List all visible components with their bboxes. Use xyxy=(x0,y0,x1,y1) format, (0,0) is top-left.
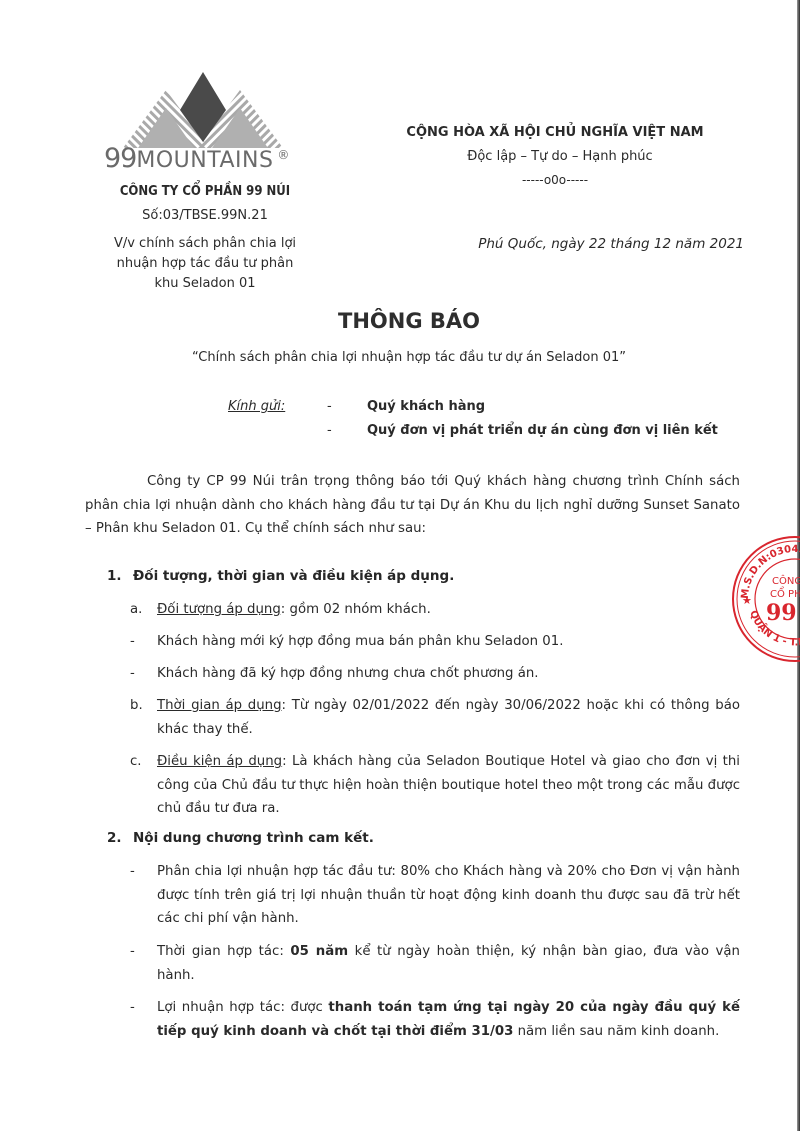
document-subject: V/v chính sách phân chia lợi nhuận hợp t… xyxy=(95,234,315,294)
section-heading-text: Đối tượng, thời gian và điều kiện áp dụn… xyxy=(133,568,454,584)
recipients-label: Kính gửi: xyxy=(228,399,285,414)
company-name: CÔNG TY CỔ PHẦN 99 NÚI xyxy=(90,184,320,199)
dash-bullet: - xyxy=(130,662,156,686)
list-item: - Khách hàng đã ký hợp đồng nhưng chưa c… xyxy=(130,662,740,686)
section-heading-text: Nội dung chương trình cam kết. xyxy=(133,830,374,846)
item-label: Điều kiện áp dụng xyxy=(157,754,282,769)
document-number: Số:03/TBSE.99N.21 xyxy=(90,208,320,223)
item-text: Khách hàng đã ký hợp đồng nhưng chưa chố… xyxy=(157,662,740,686)
company-seal-stamp-icon: M.S.D.N:030433 QUẬN 1 - T.P H ★ CÔNG CỔ … xyxy=(730,534,800,664)
dash-bullet: - xyxy=(130,996,156,1020)
item-text: : gồm 02 nhóm khách. xyxy=(281,602,431,617)
brand-wordmark: 99MOUNTAINS® xyxy=(104,143,290,174)
list-item: - Thời gian hợp tác: 05 năm kể từ ngày h… xyxy=(130,940,740,987)
section-heading: 2.Nội dung chương trình cam kết. xyxy=(107,830,374,846)
section-heading: 1.Đối tượng, thời gian và điều kiện áp d… xyxy=(107,568,454,584)
recipient-text: Quý đơn vị phát triển dự án cùng đơn vị … xyxy=(367,423,718,438)
dash-bullet: - xyxy=(130,940,156,964)
item-label: Đối tượng áp dụng xyxy=(157,602,281,617)
list-item: - Khách hàng mới ký hợp đồng mua bán phâ… xyxy=(130,630,740,654)
recipient-text: Quý khách hàng xyxy=(367,399,485,414)
dash-bullet: - xyxy=(130,860,156,884)
dash-bullet: - xyxy=(130,630,156,654)
brand-word: MOUNTAINS xyxy=(136,148,273,173)
item-marker: a. xyxy=(130,598,156,622)
intro-paragraph: Công ty CP 99 Núi trân trọng thông báo t… xyxy=(85,470,740,541)
item-marker: b. xyxy=(130,694,156,718)
recipient-item: -Quý khách hàng xyxy=(327,399,485,414)
item-text: Thời gian hợp tác: xyxy=(157,944,290,959)
item-text: Phân chia lợi nhuận hợp tác đầu tư: 80% … xyxy=(157,860,740,931)
brand-number: 99 xyxy=(104,143,136,174)
stamp-center-line: CỔ PH xyxy=(770,585,800,600)
subject-line: khu Seladon 01 xyxy=(95,274,315,294)
national-motto: Độc lập – Tự do – Hạnh phúc xyxy=(360,149,750,164)
list-item: b. Thời gian áp dụng: Từ ngày 02/01/2022… xyxy=(130,694,740,741)
section-number: 1. xyxy=(107,568,133,584)
header-separator: -----o0o----- xyxy=(360,173,750,187)
svg-text:★: ★ xyxy=(742,594,752,607)
national-title: CỘNG HÒA XÃ HỘI CHỦ NGHĨA VIỆT NAM xyxy=(360,125,750,140)
document-subtitle: “Chính sách phân chia lợi nhuận hợp tác … xyxy=(0,350,800,365)
section-number: 2. xyxy=(107,830,133,846)
dash-bullet: - xyxy=(327,399,367,414)
item-text: năm liền sau năm kinh doanh. xyxy=(513,1024,719,1039)
item-label: Thời gian áp dụng xyxy=(157,698,282,713)
registered-mark-icon: ® xyxy=(277,148,290,162)
place-date: Phú Quốc, ngày 22 tháng 12 năm 2021 xyxy=(478,236,744,252)
item-marker: c. xyxy=(130,750,156,774)
item-text: Khách hàng mới ký hợp đồng mua bán phân … xyxy=(157,630,740,654)
item-text: Lợi nhuận hợp tác: được xyxy=(157,1000,328,1015)
stamp-center-line: 99 N xyxy=(766,600,800,626)
list-item: c. Điều kiện áp dụng: Là khách hàng của … xyxy=(130,750,740,821)
recipient-item: -Quý đơn vị phát triển dự án cùng đơn vị… xyxy=(327,423,718,438)
list-item: - Lợi nhuận hợp tác: được thanh toán tạm… xyxy=(130,996,740,1043)
list-item: a. Đối tượng áp dụng: gồm 02 nhóm khách. xyxy=(130,598,740,622)
list-item: - Phân chia lợi nhuận hợp tác đầu tư: 80… xyxy=(130,860,740,931)
dash-bullet: - xyxy=(327,423,367,438)
document-title: THÔNG BÁO xyxy=(0,309,800,333)
stamp-center-line: CÔNG xyxy=(772,574,800,587)
item-emphasis: 05 năm xyxy=(290,944,348,959)
subject-line: nhuận hợp tác đầu tư phân xyxy=(95,254,315,274)
subject-line: V/v chính sách phân chia lợi xyxy=(95,234,315,254)
